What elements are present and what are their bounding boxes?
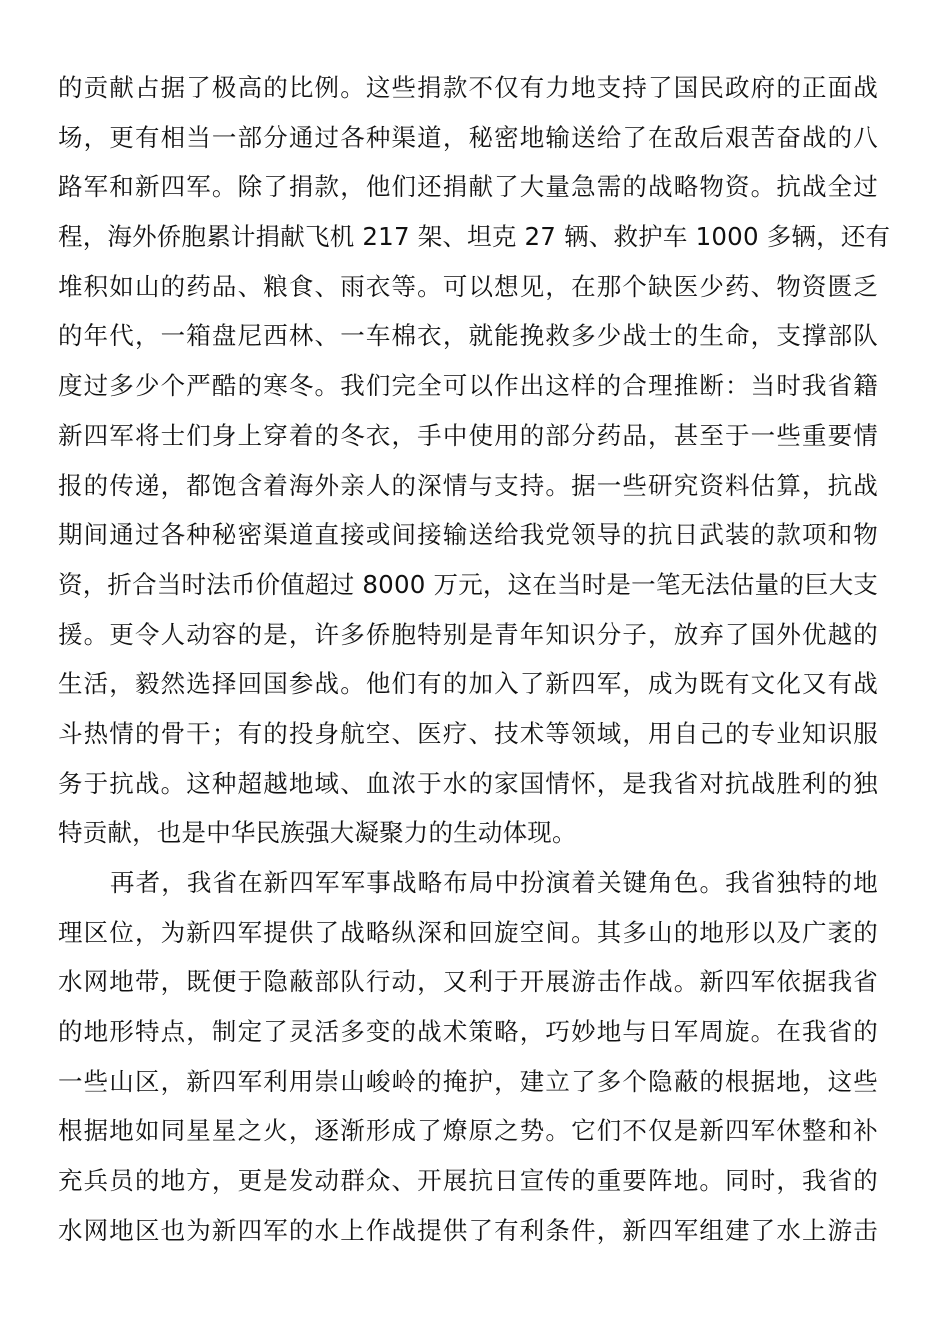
text-line: 新四军将士们身上穿着的冬衣，手中使用的部分药品，甚至于一些重要情: [58, 411, 878, 461]
text-line: 的年代，一箱盘尼西林、一车棉衣，就能挽救多少战士的生命，支撑部队: [58, 311, 878, 361]
paragraph-overseas-support: 的贡献占据了极高的比例。这些捐款不仅有力地支持了国民政府的正面战 场，更有相当一…: [58, 63, 878, 858]
text-line: 一些山区，新四军利用崇山峻岭的掩护，建立了多个隐蔽的根据地，这些: [58, 1057, 878, 1107]
text-line: 生活，毅然选择回国参战。他们有的加入了新四军，成为既有文化又有战: [58, 659, 878, 709]
text-line: 根据地如同星星之火，逐渐形成了燎原之势。它们不仅是新四军休整和补: [58, 1106, 878, 1156]
text-line: 资，折合当时法币价值超过 8000 万元，这在当时是一笔无法估量的巨大支: [58, 560, 878, 610]
text-line: 斗热情的骨干；有的投身航空、医疗、技术等领域，用自己的专业知识服: [58, 709, 878, 759]
text-line: 度过多少个严酷的寒冬。我们完全可以作出这样的合理推断：当时我省籍: [58, 361, 878, 411]
text-line-paragraph-end: 特贡献，也是中华民族强大凝聚力的生动体现。: [58, 808, 878, 858]
text-line: 水网地区也为新四军的水上作战提供了有利条件，新四军组建了水上游击: [58, 1206, 878, 1256]
text-line: 的地形特点，制定了灵活多变的战术策略，巧妙地与日军周旋。在我省的: [58, 1007, 878, 1057]
text-line: 援。更令人动容的是，许多侨胞特别是青年知识分子，放弃了国外优越的: [58, 610, 878, 660]
text-line: 期间通过各种秘密渠道直接或间接输送给我党领导的抗日武装的款项和物: [58, 510, 878, 560]
text-line-indented: 再者，我省在新四军军事战略布局中扮演着关键角色。我省独特的地: [58, 858, 878, 908]
text-line: 路军和新四军。除了捐款，他们还捐献了大量急需的战略物资。抗战全过: [58, 162, 878, 212]
text-line: 堆积如山的药品、粮食、雨衣等。可以想见，在那个缺医少药、物资匮乏: [58, 262, 878, 312]
text-line: 程，海外侨胞累计捐献飞机 217 架、坦克 27 辆、救护车 1000 多辆，还…: [58, 212, 878, 262]
text-line: 报的传递，都饱含着海外亲人的深情与支持。据一些研究资料估算，抗战: [58, 461, 878, 511]
paragraph-strategic-role: 再者，我省在新四军军事战略布局中扮演着关键角色。我省独特的地 理区位，为新四军提…: [58, 858, 878, 1256]
text-line: 理区位，为新四军提供了战略纵深和回旋空间。其多山的地形以及广袤的: [58, 908, 878, 958]
text-line: 的贡献占据了极高的比例。这些捐款不仅有力地支持了国民政府的正面战: [58, 63, 878, 113]
text-line: 充兵员的地方，更是发动群众、开展抗日宣传的重要阵地。同时，我省的: [58, 1156, 878, 1206]
text-line: 水网地带，既便于隐蔽部队行动，又利于开展游击作战。新四军依据我省: [58, 957, 878, 1007]
text-line: 务于抗战。这种超越地域、血浓于水的家国情怀，是我省对抗战胜利的独: [58, 759, 878, 809]
document-body: 的贡献占据了极高的比例。这些捐款不仅有力地支持了国民政府的正面战 场，更有相当一…: [58, 63, 878, 1256]
document-page: 的贡献占据了极高的比例。这些捐款不仅有力地支持了国民政府的正面战 场，更有相当一…: [0, 0, 950, 1344]
text-line: 场，更有相当一部分通过各种渠道，秘密地输送给了在敌后艰苦奋战的八: [58, 113, 878, 163]
